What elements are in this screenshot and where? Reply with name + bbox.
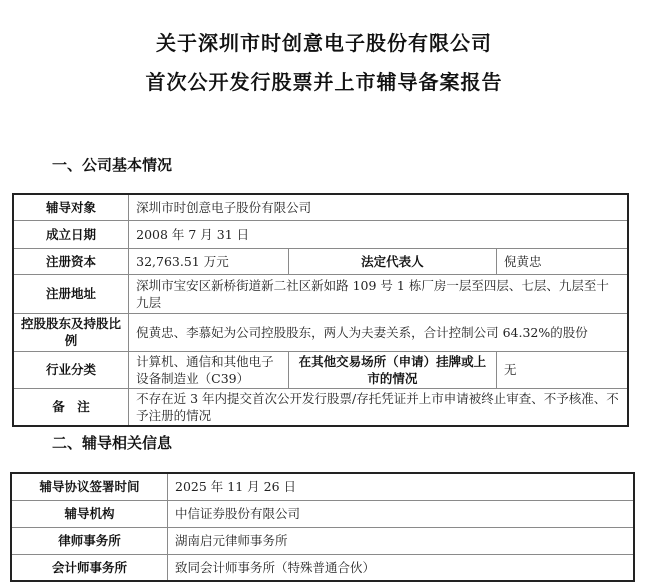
other-listing-value: 无 <box>496 351 628 388</box>
counseling-institution-label: 辅导机构 <box>11 500 168 527</box>
law-firm-label: 律师事务所 <box>11 527 168 554</box>
company-info-table: 辅导对象 深圳市时创意电子股份有限公司 成立日期 2008 年 7 月 31 日… <box>12 193 629 427</box>
remarks-value: 不存在近 3 年内提交首次公开发行股票/存托凭证并上市申请被终止审查、不予核准、… <box>129 388 628 426</box>
founded-value: 2008 年 7 月 31 日 <box>129 220 628 248</box>
accounting-firm-value: 致同会计师事务所（特殊普通合伙） <box>168 554 635 581</box>
table-row: 会计师事务所 致同会计师事务所（特殊普通合伙） <box>11 554 634 581</box>
address-value: 深圳市宝安区新桥街道新二社区新如路 109 号 1 栋厂房一层至四层、七层、九层… <box>129 274 628 313</box>
agreement-date-label: 辅导协议签署时间 <box>11 473 168 500</box>
capital-value: 32,763.51 万元 <box>129 248 289 274</box>
counselee-label: 辅导对象 <box>13 194 129 220</box>
accounting-firm-label: 会计师事务所 <box>11 554 168 581</box>
counseling-info-table: 辅导协议签署时间 2025 年 11 月 26 日 辅导机构 中信证券股份有限公… <box>10 472 635 582</box>
address-label: 注册地址 <box>13 274 129 313</box>
table-row-founded: 成立日期 2008 年 7 月 31 日 <box>13 220 628 248</box>
table-row-counselee: 辅导对象 深圳市时创意电子股份有限公司 <box>13 194 628 220</box>
counselee-value: 深圳市时创意电子股份有限公司 <box>129 194 628 220</box>
table-row-remarks: 备 注 不存在近 3 年内提交首次公开发行股票/存托凭证并上市申请被终止审查、不… <box>13 388 628 426</box>
remarks-label: 备 注 <box>13 388 129 426</box>
industry-value: 计算机、通信和其他电子设备制造业（C39） <box>129 351 289 388</box>
document-title-line-1: 关于深圳市时创意电子股份有限公司 <box>0 27 648 56</box>
legal-rep-label: 法定代表人 <box>288 248 496 274</box>
capital-label: 注册资本 <box>13 248 129 274</box>
counseling-institution-value: 中信证券股份有限公司 <box>168 500 635 527</box>
controlling-shareholder-value: 倪黄忠、李慕妃为公司控股股东，两人为夫妻关系，合计控制公司 64.32%的股份 <box>129 313 628 351</box>
section-heading-company-info: 一、公司基本情况 <box>52 154 172 175</box>
agreement-date-value: 2025 年 11 月 26 日 <box>168 473 635 500</box>
other-listing-label: 在其他交易场所（申请）挂牌或上市的情况 <box>288 351 496 388</box>
table-row: 律师事务所 湖南启元律师事务所 <box>11 527 634 554</box>
table-row-capital: 注册资本 32,763.51 万元 法定代表人 倪黄忠 <box>13 248 628 274</box>
table-row-controlling-shareholder: 控股股东及持股比例 倪黄忠、李慕妃为公司控股股东，两人为夫妻关系，合计控制公司 … <box>13 313 628 351</box>
law-firm-value: 湖南启元律师事务所 <box>168 527 635 554</box>
founded-label: 成立日期 <box>13 220 129 248</box>
document-title-line-2: 首次公开发行股票并上市辅导备案报告 <box>0 66 648 95</box>
table-row-address: 注册地址 深圳市宝安区新桥街道新二社区新如路 109 号 1 栋厂房一层至四层、… <box>13 274 628 313</box>
controlling-shareholder-label: 控股股东及持股比例 <box>13 313 129 351</box>
table-row: 辅导协议签署时间 2025 年 11 月 26 日 <box>11 473 634 500</box>
section-heading-counseling-info: 二、辅导相关信息 <box>52 432 172 453</box>
legal-rep-value: 倪黄忠 <box>496 248 628 274</box>
table-row-industry: 行业分类 计算机、通信和其他电子设备制造业（C39） 在其他交易场所（申请）挂牌… <box>13 351 628 388</box>
table-row: 辅导机构 中信证券股份有限公司 <box>11 500 634 527</box>
industry-label: 行业分类 <box>13 351 129 388</box>
